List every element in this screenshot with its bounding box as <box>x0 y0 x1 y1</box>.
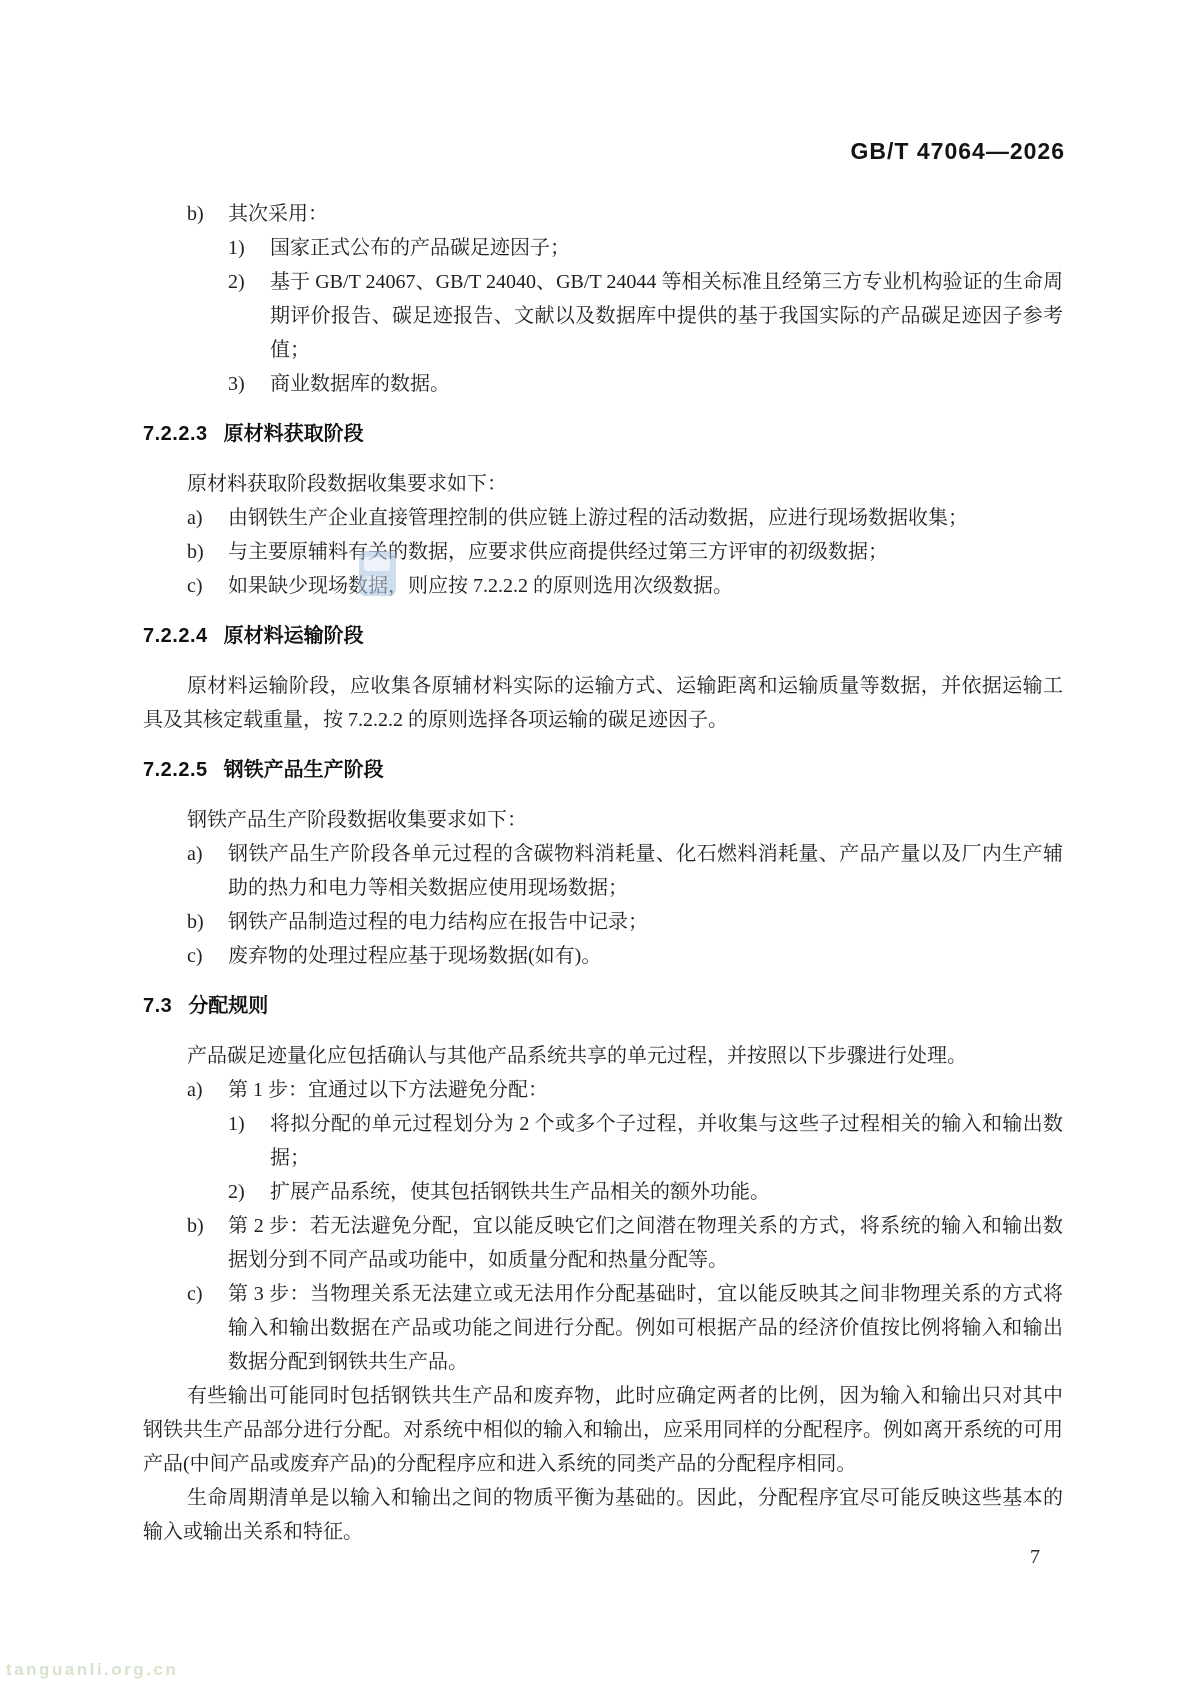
list-item-text: 第 1 步：宜通过以下方法避免分配： <box>228 1073 1063 1107</box>
list-item-text: 将拟分配的单元过程划分为 2 个或多个子过程，并收集与这些子过程相关的输入和输出… <box>270 1107 1063 1175</box>
sub-list-item: 1) 国家正式公布的产品碳足迹因子； <box>143 231 1063 265</box>
list-item: c) 如果缺少现场数据，则应按 7.2.2.2 的原则选用次级数据。 <box>143 569 1063 603</box>
list-item: a) 由钢铁生产企业直接管理控制的供应链上游过程的活动数据，应进行现场数据收集； <box>143 501 1063 535</box>
section-number: 7.2.2.4 <box>143 625 208 647</box>
list-item-text: 扩展产品系统，使其包括钢铁共生产品相关的额外功能。 <box>270 1175 1063 1209</box>
list-item-text: 由钢铁生产企业直接管理控制的供应链上游过程的活动数据，应进行现场数据收集； <box>228 501 1063 535</box>
paragraph: 生命周期清单是以输入和输出之间的物质平衡为基础的。因此，分配程序宜尽可能反映这些… <box>143 1481 1063 1549</box>
list-item: c) 第 3 步：当物理关系无法建立或无法用作分配基础时，宜以能反映其之间非物理… <box>143 1277 1063 1379</box>
document-page: GB/T 47064—2026 b) 其次采用： 1) 国家正式公布的产品碳足迹… <box>0 0 1190 1684</box>
list-item-text: 国家正式公布的产品碳足迹因子； <box>270 231 1063 265</box>
section-title: 原材料运输阶段 <box>224 625 364 647</box>
paragraph: 原材料运输阶段，应收集各原辅材料实际的运输方式、运输距离和运输质量等数据，并依据… <box>143 669 1063 737</box>
sub-list-item: 2) 扩展产品系统，使其包括钢铁共生产品相关的额外功能。 <box>143 1175 1063 1209</box>
list-item-label: 2) <box>228 265 270 367</box>
list-item: b) 第 2 步：若无法避免分配，宜以能反映它们之间潜在物理关系的方式，将系统的… <box>143 1209 1063 1277</box>
list-item: a) 第 1 步：宜通过以下方法避免分配： <box>143 1073 1063 1107</box>
list-item: b) 与主要原辅料有关的数据，应要求供应商提供经过第三方评审的初级数据； <box>143 535 1063 569</box>
sub-list-item: 3) 商业数据库的数据。 <box>143 367 1063 401</box>
list-item-text: 如果缺少现场数据，则应按 7.2.2.2 的原则选用次级数据。 <box>228 569 1063 603</box>
paragraph: 原材料获取阶段数据收集要求如下： <box>143 467 1063 501</box>
section-heading: 7.2.2.5钢铁产品生产阶段 <box>143 753 1063 787</box>
site-watermark: tanguanli.org.cn <box>6 1660 178 1680</box>
list-item-text: 第 3 步：当物理关系无法建立或无法用作分配基础时，宜以能反映其之间非物理关系的… <box>228 1277 1063 1379</box>
list-item-text: 商业数据库的数据。 <box>270 367 1063 401</box>
list-item-label: 1) <box>228 231 270 265</box>
list-item-label: b) <box>187 1209 228 1277</box>
list-item-label: 1) <box>228 1107 270 1175</box>
section-heading: 7.3分配规则 <box>143 989 1063 1023</box>
standard-code-header: GB/T 47064—2026 <box>851 138 1065 165</box>
watermark-badge <box>359 551 396 596</box>
list-item-label: b) <box>187 535 228 569</box>
list-item-text: 钢铁产品生产阶段各单元过程的含碳物料消耗量、化石燃料消耗量、产品产量以及厂内生产… <box>228 837 1063 905</box>
paragraph: 产品碳足迹量化应包括确认与其他产品系统共享的单元过程，并按照以下步骤进行处理。 <box>143 1039 1063 1073</box>
section-heading: 7.2.2.4原材料运输阶段 <box>143 619 1063 653</box>
list-item-text: 第 2 步：若无法避免分配，宜以能反映它们之间潜在物理关系的方式，将系统的输入和… <box>228 1209 1063 1277</box>
list-item-text: 基于 GB/T 24067、GB/T 24040、GB/T 24044 等相关标… <box>270 265 1063 367</box>
section-heading: 7.2.2.3原材料获取阶段 <box>143 417 1063 451</box>
paragraph: 有些输出可能同时包括钢铁共生产品和废弃物，此时应确定两者的比例，因为输入和输出只… <box>143 1379 1063 1481</box>
list-item-label: c) <box>187 1277 228 1379</box>
section-title: 分配规则 <box>188 995 268 1017</box>
list-item-label: a) <box>187 501 228 535</box>
list-item-label: a) <box>187 837 228 905</box>
section-number: 7.3 <box>143 995 172 1017</box>
list-item-label: c) <box>187 939 228 973</box>
list-item-label: c) <box>187 569 228 603</box>
list-item-label: 2) <box>228 1175 270 1209</box>
section-number: 7.2.2.3 <box>143 423 208 445</box>
list-item-text: 其次采用： <box>228 197 1063 231</box>
section-number: 7.2.2.5 <box>143 759 208 781</box>
list-item-text: 与主要原辅料有关的数据，应要求供应商提供经过第三方评审的初级数据； <box>228 535 1063 569</box>
list-item-text: 废弃物的处理过程应基于现场数据(如有)。 <box>228 939 1063 973</box>
list-item: a) 钢铁产品生产阶段各单元过程的含碳物料消耗量、化石燃料消耗量、产品产量以及厂… <box>143 837 1063 905</box>
page-number: 7 <box>1030 1546 1040 1569</box>
sub-list-item: 2) 基于 GB/T 24067、GB/T 24040、GB/T 24044 等… <box>143 265 1063 367</box>
section-title: 原材料获取阶段 <box>224 423 364 445</box>
list-item: c) 废弃物的处理过程应基于现场数据(如有)。 <box>143 939 1063 973</box>
paragraph: 钢铁产品生产阶段数据收集要求如下： <box>143 803 1063 837</box>
list-item-text: 钢铁产品制造过程的电力结构应在报告中记录； <box>228 905 1063 939</box>
list-item-label: b) <box>187 905 228 939</box>
list-item-label: b) <box>187 197 228 231</box>
sub-list-item: 1) 将拟分配的单元过程划分为 2 个或多个子过程，并收集与这些子过程相关的输入… <box>143 1107 1063 1175</box>
document-body: b) 其次采用： 1) 国家正式公布的产品碳足迹因子； 2) 基于 GB/T 2… <box>143 197 1063 1549</box>
list-item: b) 其次采用： <box>143 197 1063 231</box>
list-item: b) 钢铁产品制造过程的电力结构应在报告中记录； <box>143 905 1063 939</box>
list-item-label: a) <box>187 1073 228 1107</box>
list-item-label: 3) <box>228 367 270 401</box>
section-title: 钢铁产品生产阶段 <box>224 759 384 781</box>
